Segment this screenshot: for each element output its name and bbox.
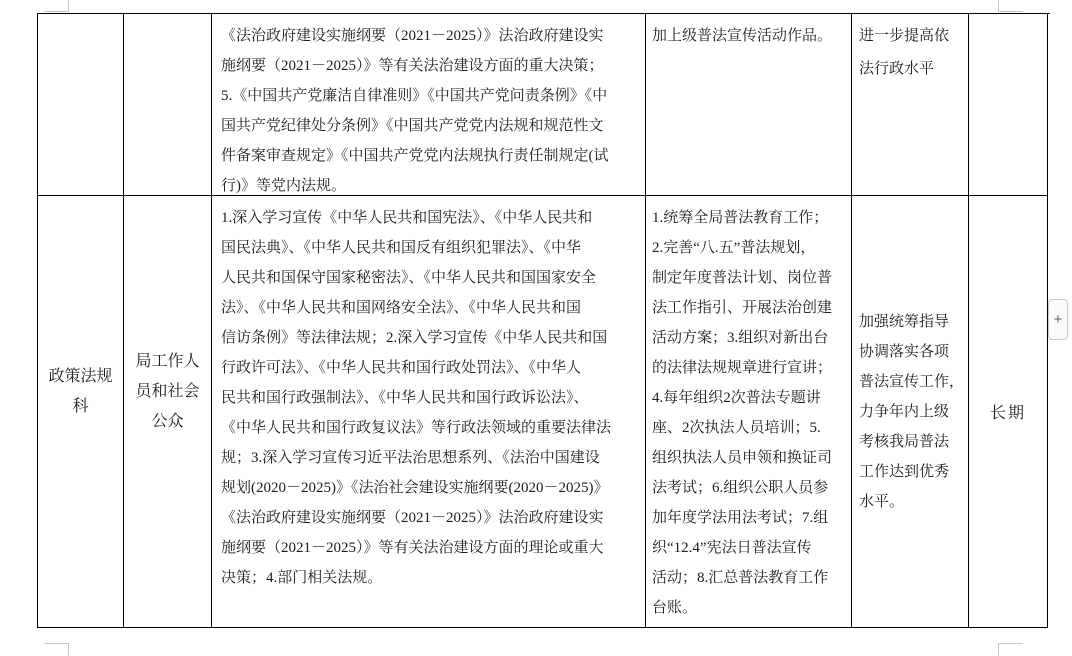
- text-line: 活动方案；3.组织对新出台: [652, 323, 846, 353]
- cell-audience-row2: 局工作人员和社会公众: [124, 196, 212, 628]
- text-line: 公众: [151, 407, 183, 437]
- text-line: 民共和国行政强制法》、《中华人民共和国行政诉讼法》、: [221, 383, 637, 413]
- text-line: 的法律法规规章进行宣讲；: [652, 353, 846, 383]
- text-line: 水平。: [859, 487, 965, 517]
- cell-goal-row2: 加强统筹指导协调落实各项普法宣传工作，力争年内上级考核我局普法工作达到优秀水平。: [852, 196, 969, 628]
- cell-department-row1: [38, 14, 124, 196]
- text-line: 信访条例》等法律法规；2.深入学习宣传《中华人民共和国: [221, 323, 637, 353]
- text-line: 普法宣传工作，: [859, 367, 965, 397]
- text-line: 工作达到优秀: [859, 457, 965, 487]
- cell-tasks-row2: 1.统筹全局普法教育工作；2.完善“八.五”普法规划，制定年度普法计划、岗位普法…: [646, 196, 852, 628]
- document-viewer: { "colors": { "page_background": "#fffff…: [0, 0, 1072, 656]
- text-line: 座、2次执法人员培训；5.: [652, 413, 846, 443]
- text-line: 加上级普法宣传活动作品。: [652, 21, 846, 51]
- text-line: 协调落实各项: [859, 337, 965, 367]
- text-line: 进一步提高依: [859, 20, 965, 53]
- text-line: 考核我局普法: [859, 427, 965, 457]
- add-button[interactable]: +: [1048, 299, 1068, 340]
- text-line: 力争年内上级: [859, 397, 965, 427]
- text-line: 《法治政府建设实施纲要（2021－2025）》法治政府建设实: [221, 503, 637, 533]
- text-line: 《法治政府建设实施纲要（2021－2025）》法治政府建设实: [221, 21, 637, 51]
- text-line: 织“12.4”宪法日普法宣传: [652, 533, 846, 563]
- text-line: 员和社会: [135, 377, 199, 407]
- text-line: 2.完善“八.五”普法规划，: [652, 233, 846, 263]
- text-line: 法行政水平: [859, 53, 965, 86]
- text-line: 规；3.深入学习宣传习近平法治思想系列、《法治中国建设: [221, 443, 637, 473]
- text-boundary-mark-bottom-left: [44, 643, 69, 656]
- text-line: 加年度学法用法考试；7.组: [652, 503, 846, 533]
- cell-tasks-row1: 加上级普法宣传活动作品。: [646, 14, 852, 196]
- text-line: 行)》等党内法规。: [221, 171, 637, 196]
- text-line: 5.《中国共产党廉洁自律准则》《中国共产党问责条例》《中: [221, 81, 637, 111]
- text-line: 1.深入学习宣传《中华人民共和国宪法》、《中华人民共和: [221, 203, 637, 233]
- text-line: 国民法典》、《中华人民共和国反有组织犯罪法》、《中华: [221, 233, 637, 263]
- text-line: 施纲要（2021－2025）》等有关法治建设方面的理论或重大: [221, 533, 637, 563]
- text-line: 组织执法人员申领和换证司: [652, 443, 846, 473]
- text-line: 活动；8.汇总普法教育工作: [652, 563, 846, 593]
- text-line: 决策；4.部门相关法规。: [221, 563, 637, 593]
- text-line: 科: [72, 392, 88, 422]
- text-line: 人民共和国保守国家秘密法》、《中华人民共和国国家安全: [221, 263, 637, 293]
- cell-department-row2: 政策法规科: [38, 196, 124, 628]
- text-line: 行政许可法》、《中华人民共和国行政处罚法》、《中华人: [221, 353, 637, 383]
- document-page: 《法治政府建设实施纲要（2021－2025）》法治政府建设实施纲要（2021－2…: [0, 0, 1072, 656]
- text-line: 《中华人民共和国行政复议法》等行政法领域的重要法律法: [221, 413, 637, 443]
- cell-law-content-row2: 1.深入学习宣传《中华人民共和国宪法》、《中华人民共和国民法典》、《中华人民共和…: [212, 196, 646, 628]
- text-line: 国共产党纪律处分条例》《中国共产党党内法规和规范性文: [221, 111, 637, 141]
- text-line: 政策法规: [48, 362, 112, 392]
- text-line: 加强统筹指导: [859, 307, 965, 337]
- text-line: 台账。: [652, 593, 846, 623]
- text-boundary-mark-top-left: [44, 0, 69, 12]
- cell-law-content-row1: 《法治政府建设实施纲要（2021－2025）》法治政府建设实施纲要（2021－2…: [212, 14, 646, 196]
- text-line: 法工作指引、开展法治创建: [652, 293, 846, 323]
- text-boundary-mark-bottom-right: [998, 643, 1023, 656]
- text-line: 局工作人: [135, 347, 199, 377]
- text-line: 1.统筹全局普法教育工作；: [652, 203, 846, 233]
- text-line: 制定年度普法计划、岗位普: [652, 263, 846, 293]
- text-line: 施纲要（2021－2025）》等有关法治建设方面的重大决策；: [221, 51, 637, 81]
- cell-term-row2: 长期: [969, 196, 1048, 628]
- text-line: 法》、《中华人民共和国网络安全法》、《中华人民共和国: [221, 293, 637, 323]
- cell-term-row1: [969, 14, 1048, 196]
- cell-goal-row1: 进一步提高依法行政水平: [852, 14, 969, 196]
- text-boundary-mark-top-right: [998, 0, 1023, 12]
- text-line: 规划(2020－2025)》《法治社会建设实施纲要(2020－2025)》: [221, 473, 637, 503]
- text-line: 4.每年组织2次普法专题讲: [652, 383, 846, 413]
- text-line: 件备案审查规定》《中国共产党党内法规执行责任制规定(试: [221, 141, 637, 171]
- cell-audience-row1: [124, 14, 212, 196]
- text-line: 法考试；6.组织公职人员参: [652, 473, 846, 503]
- law-popularization-plan-table: 《法治政府建设实施纲要（2021－2025）》法治政府建设实施纲要（2021－2…: [37, 13, 1050, 628]
